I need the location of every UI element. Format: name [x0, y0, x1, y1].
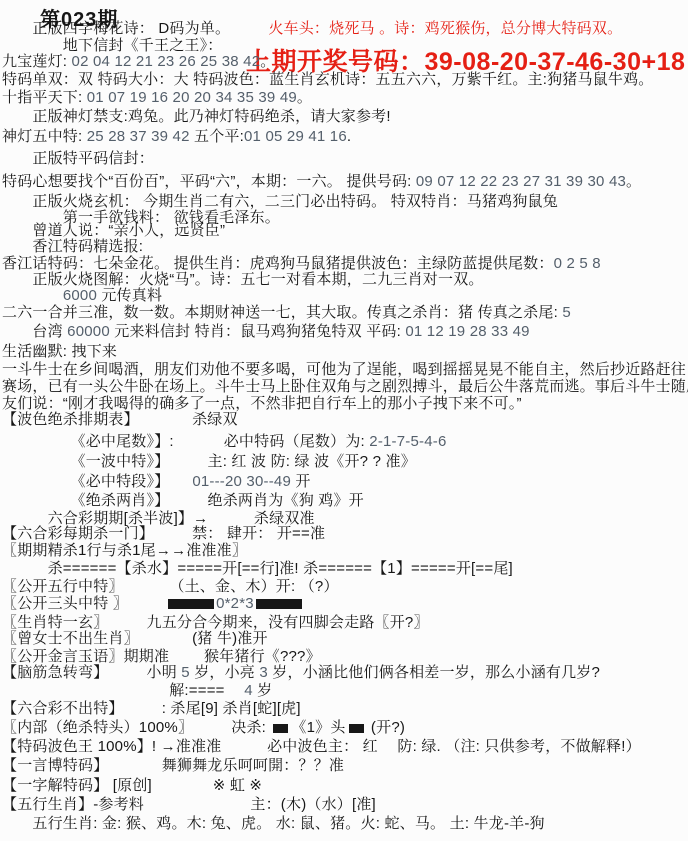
- number-text: 3: [259, 664, 268, 681]
- number-text: 01 05 29 41 16: [244, 128, 347, 145]
- text-segment: 《必中尾数》】: 必中特码（尾数）为:: [2, 433, 369, 450]
- number-text: 2-1-7-5-4-6: [369, 433, 446, 450]
- text-segment: 五行生肖: 金: 猴、鸡。木: 兔、虎。 水: 鼠、猪。火: 蛇、马。 土: 牛…: [2, 815, 545, 832]
- text-segment: 五个平:: [190, 128, 244, 145]
- text-segment: 岁: [253, 682, 273, 699]
- text-segment: 赛场，已有一头公牛卧在场上。斗牛士马上卧住双角与之剧烈搏斗，最后公牛落荒而逃。事…: [2, 378, 688, 395]
- text-line: 【波色绝杀排期表】 杀绿双: [2, 411, 238, 428]
- number-text: 60000: [67, 323, 110, 340]
- text-segment: 开: [291, 473, 311, 490]
- text-segment: 【一字解特码】 [原创] ※ 虹 ※: [2, 777, 262, 794]
- text-segment: 〖公开三头中特 〗: [2, 595, 166, 612]
- highlight-text: 火车头：烧死马 。诗：鸡死猴伤，总分博大特码双。: [268, 20, 622, 37]
- text-line: 解:==== 4 岁: [2, 682, 272, 699]
- text-segment: (开?): [367, 719, 406, 736]
- number-text: 25 28 37 39 42: [87, 128, 190, 145]
- number-text: 01 07 19 16 20 20 34 35 39 49: [87, 89, 297, 106]
- text-segment: 〖公开金言玉语〗期期准 猴年猪行《???》: [2, 648, 321, 665]
- text-segment: 。: [626, 173, 641, 190]
- black-bar-mark: [168, 599, 214, 609]
- text-line: 6000 元传真料: [2, 287, 162, 304]
- text-segment: 正版特平码信封：: [2, 150, 154, 167]
- text-segment: 二六一合并三准，数一数。本期财神送一七，其大取。传真之杀肖：猪 传真之杀尾:: [2, 304, 562, 321]
- text-line: 十指平天下: 01 07 19 16 20 20 34 35 39 49。: [2, 89, 312, 106]
- text-line: 正版四字梅花诗： D码为单。 火车头：烧死马 。诗：鸡死猴伤，总分博大特码双。: [2, 20, 622, 37]
- text-line: 〖公开金言玉语〗期期准 猴年猪行《???》: [2, 648, 321, 665]
- black-bar-mark: [256, 599, 302, 609]
- text-segment: 【六合彩不出特】 : 杀尾[9] 杀肖[蛇][虎]: [2, 700, 301, 717]
- text-segment: 元来料信封 特肖：鼠马鸡狗猪兔特双 平码:: [110, 323, 405, 340]
- text-line: 正版火烧玄机： 今期生肖二有六，二三门必出特码。 特双特肖：马猪鸡狗鼠兔: [2, 193, 558, 210]
- text-line: 特码心想要找个“百份百”，平码“六”，本期：一六。 提供号码: 09 07 12…: [2, 173, 641, 190]
- text-segment: 。: [260, 53, 275, 70]
- text-segment: .: [347, 128, 351, 145]
- text-segment: 特码心想要找个“百份百”，平码“六”，本期：一六。 提供号码:: [2, 173, 416, 190]
- text-line: 特码单双：双 特码大小：大 特码波色：蓝生肖玄机诗：五五六六，万紫千红。主:狗猪…: [2, 71, 654, 88]
- text-line: 曾道人说：“亲小人，远贤臣”: [2, 222, 225, 239]
- text-segment: 【六合彩每期杀一门】 禁： 肆开： 开==准: [2, 525, 325, 542]
- text-line: 友们说：“刚才我喝得的确多了一点，不然非把自行车上的那小子拽下来不可。”: [2, 395, 522, 412]
- text-line: 【特码波色王 100%】! →准准准 必中波色主： 红 防: 绿. （注: 只供…: [2, 738, 641, 755]
- text-line: 【一言博特码】 舞狮舞龙乐呵呵開：？？准: [2, 757, 344, 774]
- text-segment: 香江特码精选报:: [2, 238, 143, 255]
- text-segment: 【五行生肖】-参考料 主：(木)（水）[准]: [2, 796, 376, 813]
- text-segment: 正版火烧玄机： 今期生肖二有六，二三门必出特码。 特双特肖：马猪鸡狗鼠兔: [2, 193, 558, 210]
- text-line: 五行生肖: 金: 猴、鸡。木: 兔、虎。 水: 鼠、猪。火: 蛇、马。 土: 牛…: [2, 815, 545, 832]
- number-text: 5: [181, 664, 190, 681]
- text-segment: 香江话特码：七朵金花。 提供生肖：虎鸡狗马鼠猪提供波色：主绿防蓝提供尾数：: [2, 255, 554, 272]
- text-line: 【六合彩不出特】 : 杀尾[9] 杀肖[蛇][虎]: [2, 700, 301, 717]
- text-segment: 台湾: [2, 323, 67, 340]
- text-segment: 杀======【杀水】=====开[==行]准! 杀======【1】=====…: [2, 560, 513, 577]
- text-segment: 【波色绝杀排期表】 杀绿双: [2, 411, 238, 428]
- text-line: 地下信封《千王之王》：: [2, 37, 223, 54]
- number-text: 4: [244, 682, 253, 699]
- text-segment: 十指平天下:: [2, 89, 87, 106]
- text-line: 【六合彩每期杀一门】 禁： 肆开： 开==准: [2, 525, 325, 542]
- number-text: 09 07 12 22 23 27 31 39 30 43: [416, 173, 626, 190]
- text-line: 九宝莲灯: 02 04 12 21 23 26 25 38 42。: [2, 53, 275, 70]
- text-line: 香江话特码：七朵金花。 提供生肖：虎鸡狗马鼠猪提供波色：主绿防蓝提供尾数：0 2…: [2, 255, 601, 272]
- text-line: 〖曾女士不出生肖〗 (猪 牛)准开: [2, 630, 268, 647]
- text-segment: 地下信封《千王之王》：: [2, 37, 223, 54]
- text-line: 〖生肖特一玄〗 九五分合今期来，没有四脚会走路〖开?〗: [2, 614, 429, 631]
- text-line: 二六一合并三准，数一数。本期财神送一七，其大取。传真之杀肖：猪 传真之杀尾: 5: [2, 304, 571, 321]
- text-line: 香江特码精选报:: [2, 238, 143, 255]
- text-segment: 神灯五中特:: [2, 128, 87, 145]
- text-line: 【五行生肖】-参考料 主：(木)（水）[准]: [2, 796, 376, 813]
- number-text: 01---20 30--49: [192, 473, 291, 490]
- text-line: 〖公开三头中特 〗 0*2*3: [2, 595, 304, 612]
- number-text: 01 12 19 28 33 49: [405, 323, 529, 340]
- text-segment: 特码单双：双 特码大小：大 特码波色：蓝生肖玄机诗：五五六六，万紫千红。主:狗猪…: [2, 71, 654, 88]
- text-segment: 〖内部（绝杀特头）100%〗 决杀:: [2, 719, 270, 736]
- text-line: 台湾 60000 元来料信封 特肖：鼠马鸡狗猪兔特双 平码: 01 12 19 …: [2, 323, 530, 340]
- text-line: 杀======【杀水】=====开[==行]准! 杀======【1】=====…: [2, 560, 513, 577]
- text-segment: 〖公开五行中特〗 （土、金、木）开: （?）: [2, 578, 339, 595]
- text-line: 正版神灯禁支:鸡兔。此乃神灯特码绝杀，请大家参考!: [2, 108, 391, 125]
- black-bar-mark: [349, 724, 364, 733]
- text-line: 生活幽默: 拽下来: [2, 343, 117, 360]
- text-segment: 曾道人说：“亲小人，远贤臣”: [2, 222, 225, 239]
- text-segment: 《一波中特》】 主: 红 波 防: 绿 波《开? ? 准》: [2, 453, 416, 470]
- text-line: 赛场，已有一头公牛卧在场上。斗牛士马上卧住双角与之剧烈搏斗，最后公牛落荒而逃。事…: [2, 378, 688, 395]
- text-segment: 《1》头: [291, 719, 345, 736]
- text-line: 【一字解特码】 [原创] ※ 虹 ※: [2, 777, 262, 794]
- number-text: 0*2*3: [216, 595, 254, 612]
- text-segment: 【特码波色王 100%】! →准准准 必中波色主： 红 防: 绿. （注: 只供…: [2, 738, 641, 755]
- text-segment: 【脑筋急转弯】 小明: [2, 664, 181, 681]
- text-line: 正版火烧图解：火烧“马”。诗：五七一对看本期，二九三肖对一双。: [2, 271, 484, 288]
- text-line: 〖期期精杀1行与杀1尾→→准准准〗: [2, 542, 247, 559]
- text-line: 《一波中特》】 主: 红 波 防: 绿 波《开? ? 准》: [2, 453, 416, 470]
- text-segment: 正版火烧图解：火烧“马”。诗：五七一对看本期，二九三肖对一双。: [2, 271, 484, 288]
- text-segment: 九宝莲灯:: [2, 53, 72, 70]
- text-line: 《必中特段》】 01---20 30--49 开: [2, 473, 311, 490]
- text-segment: 正版神灯禁支:鸡兔。此乃神灯特码绝杀，请大家参考!: [2, 108, 391, 125]
- text-segment: 友们说：“刚才我喝得的确多了一点，不然非把自行车上的那小子拽下来不可。”: [2, 395, 522, 412]
- text-line: 《绝杀两肖》】 绝杀两肖为《狗 鸡》开: [2, 492, 364, 509]
- text-segment: 岁，小亮: [190, 664, 260, 681]
- text-segment: 。: [297, 89, 312, 106]
- text-segment: 〖生肖特一玄〗 九五分合今期来，没有四脚会走路〖开?〗: [2, 614, 429, 631]
- text-segment: 元传真料: [97, 287, 162, 304]
- text-segment: 一斗牛士在乡间喝酒，朋友们劝他不要多喝，可他为了逞能，喝到摇摇晃晃不能自主，然后…: [2, 361, 686, 378]
- text-segment: 生活幽默: 拽下来: [2, 343, 117, 360]
- number-text: 0 2 5 8: [554, 255, 601, 272]
- text-line: 一斗牛士在乡间喝酒，朋友们劝他不要多喝，可他为了逞能，喝到摇摇晃晃不能自主，然后…: [2, 361, 686, 378]
- text-segment: 【一言博特码】 舞狮舞龙乐呵呵開：？？准: [2, 757, 344, 774]
- number-text: 6000: [63, 287, 97, 304]
- text-segment: 〖期期精杀1行与杀1尾→→准准准〗: [2, 542, 247, 559]
- text-segment: 正版四字梅花诗： D码为单。: [2, 20, 268, 37]
- text-segment: 解:====: [2, 682, 244, 699]
- document-page: 第023期 上期开奖号码：39-08-20-37-46-30+18 正版四字梅花…: [0, 0, 688, 841]
- black-bar-mark: [273, 724, 288, 733]
- text-segment: 《必中特段》】: [2, 473, 192, 490]
- number-text: 02 04 12 21 23 26 25 38 42: [72, 53, 261, 70]
- text-segment: 〖曾女士不出生肖〗 (猪 牛)准开: [2, 630, 268, 647]
- text-line: 〖公开五行中特〗 （土、金、木）开: （?）: [2, 578, 339, 595]
- text-line: 〖内部（绝杀特头）100%〗 决杀: 《1》头 (开?): [2, 719, 405, 736]
- number-text: 5: [562, 304, 571, 321]
- text-line: 神灯五中特: 25 28 37 39 42 五个平:01 05 29 41 16…: [2, 128, 351, 145]
- text-line: 正版特平码信封：: [2, 150, 154, 167]
- text-segment: 《绝杀两肖》】 绝杀两肖为《狗 鸡》开: [2, 492, 364, 509]
- text-segment: 岁，小涵比他们俩各相差一岁，那么小涵有几岁?: [268, 664, 600, 681]
- text-line: 【脑筋急转弯】 小明 5 岁，小亮 3 岁，小涵比他们俩各相差一岁，那么小涵有几…: [2, 664, 600, 681]
- text-segment: [2, 287, 63, 304]
- text-line: 《必中尾数》】: 必中特码（尾数）为: 2-1-7-5-4-6: [2, 433, 447, 450]
